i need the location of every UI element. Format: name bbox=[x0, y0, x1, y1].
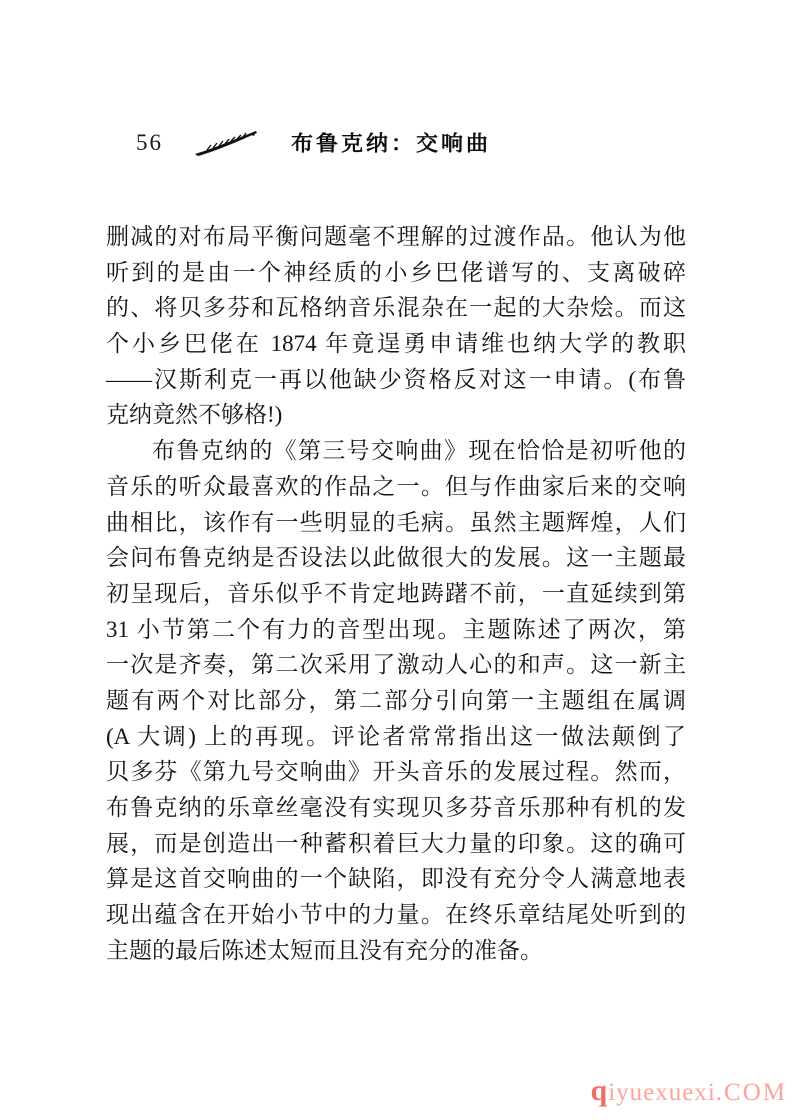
text-line: 展，而是创造出一种蓄积着巨大力量的印象。这的确可 bbox=[106, 826, 686, 862]
quill-flourish-icon bbox=[193, 129, 259, 157]
text-line: 初呈现后，音乐似乎不肯定地踌躇不前，一直延续到第 bbox=[106, 576, 686, 612]
text-line: 布鲁克纳的乐章丝毫没有实现贝多芬音乐那种有机的发 bbox=[106, 790, 686, 826]
text-line: 曲相比，该作有一些明显的毛病。虽然主题辉煌，人们 bbox=[106, 505, 686, 541]
text-line: 布鲁克纳的《第三号交响曲》现在恰恰是初听他的 bbox=[106, 433, 686, 469]
text-line: 31 小节第二个有力的音型出现。主题陈述了两次，第 bbox=[106, 612, 686, 648]
running-head: 56 布鲁克纳：交响曲 bbox=[136, 127, 491, 158]
text-line: 主题的最后陈述太短而且没有充分的准备。 bbox=[106, 933, 686, 969]
text-line: 删减的对布局平衡问题毫不理解的过渡作品。他认为他 bbox=[106, 219, 686, 255]
text-line: 题有两个对比部分，第二部分引向第一主题组在属调 bbox=[106, 683, 686, 719]
book-page: 56 布鲁克纳：交响曲 删减的对布局平衡问题毫不理解的过渡作品。他认为他 听到的… bbox=[0, 0, 794, 1120]
text-line: 现出蕴含在开始小节中的力量。在终乐章结尾处听到的 bbox=[106, 897, 686, 933]
text-line: 听到的是由一个神经质的小乡巴佬谱写的、支离破碎 bbox=[106, 255, 686, 291]
text-line: 会问布鲁克纳是否设法以此做很大的发展。这一主题最 bbox=[106, 540, 686, 576]
site-watermark: qiyuexuexi.COM bbox=[591, 1074, 788, 1108]
watermark-name: iyuexuexi bbox=[608, 1079, 716, 1106]
chapter-title: 布鲁克纳：交响曲 bbox=[291, 128, 491, 158]
text-line: (A 大调) 上的再现。评论者常常指出这一做法颠倒了 bbox=[106, 719, 686, 755]
text-line: ——汉斯利克一再以他缺少资格反对这一申请。(布鲁 bbox=[106, 362, 686, 398]
text-line: 一次是齐奏，第二次采用了激动人心的和声。这一新主 bbox=[106, 647, 686, 683]
watermark-domain: .COM bbox=[716, 1079, 787, 1106]
text-line: 算是这首交响曲的一个缺陷，即没有充分令人满意地表 bbox=[106, 861, 686, 897]
text-line: 克纳竟然不够格!) bbox=[106, 397, 686, 433]
text-line: 的、将贝多芬和瓦格纳音乐混杂在一起的大杂烩。而这 bbox=[106, 290, 686, 326]
text-line: 个小乡巴佬在 1874 年竟逞勇申请维也纳大学的教职 bbox=[106, 326, 686, 362]
page-number: 56 bbox=[136, 130, 163, 156]
text-line: 贝多芬《第九号交响曲》开头音乐的发展过程。然而， bbox=[106, 754, 686, 790]
watermark-initial: q bbox=[591, 1074, 609, 1107]
body-text: 删减的对布局平衡问题毫不理解的过渡作品。他认为他 听到的是由一个神经质的小乡巴佬… bbox=[106, 219, 686, 968]
text-line: 音乐的听众最喜欢的作品之一。但与作曲家后来的交响 bbox=[106, 469, 686, 505]
